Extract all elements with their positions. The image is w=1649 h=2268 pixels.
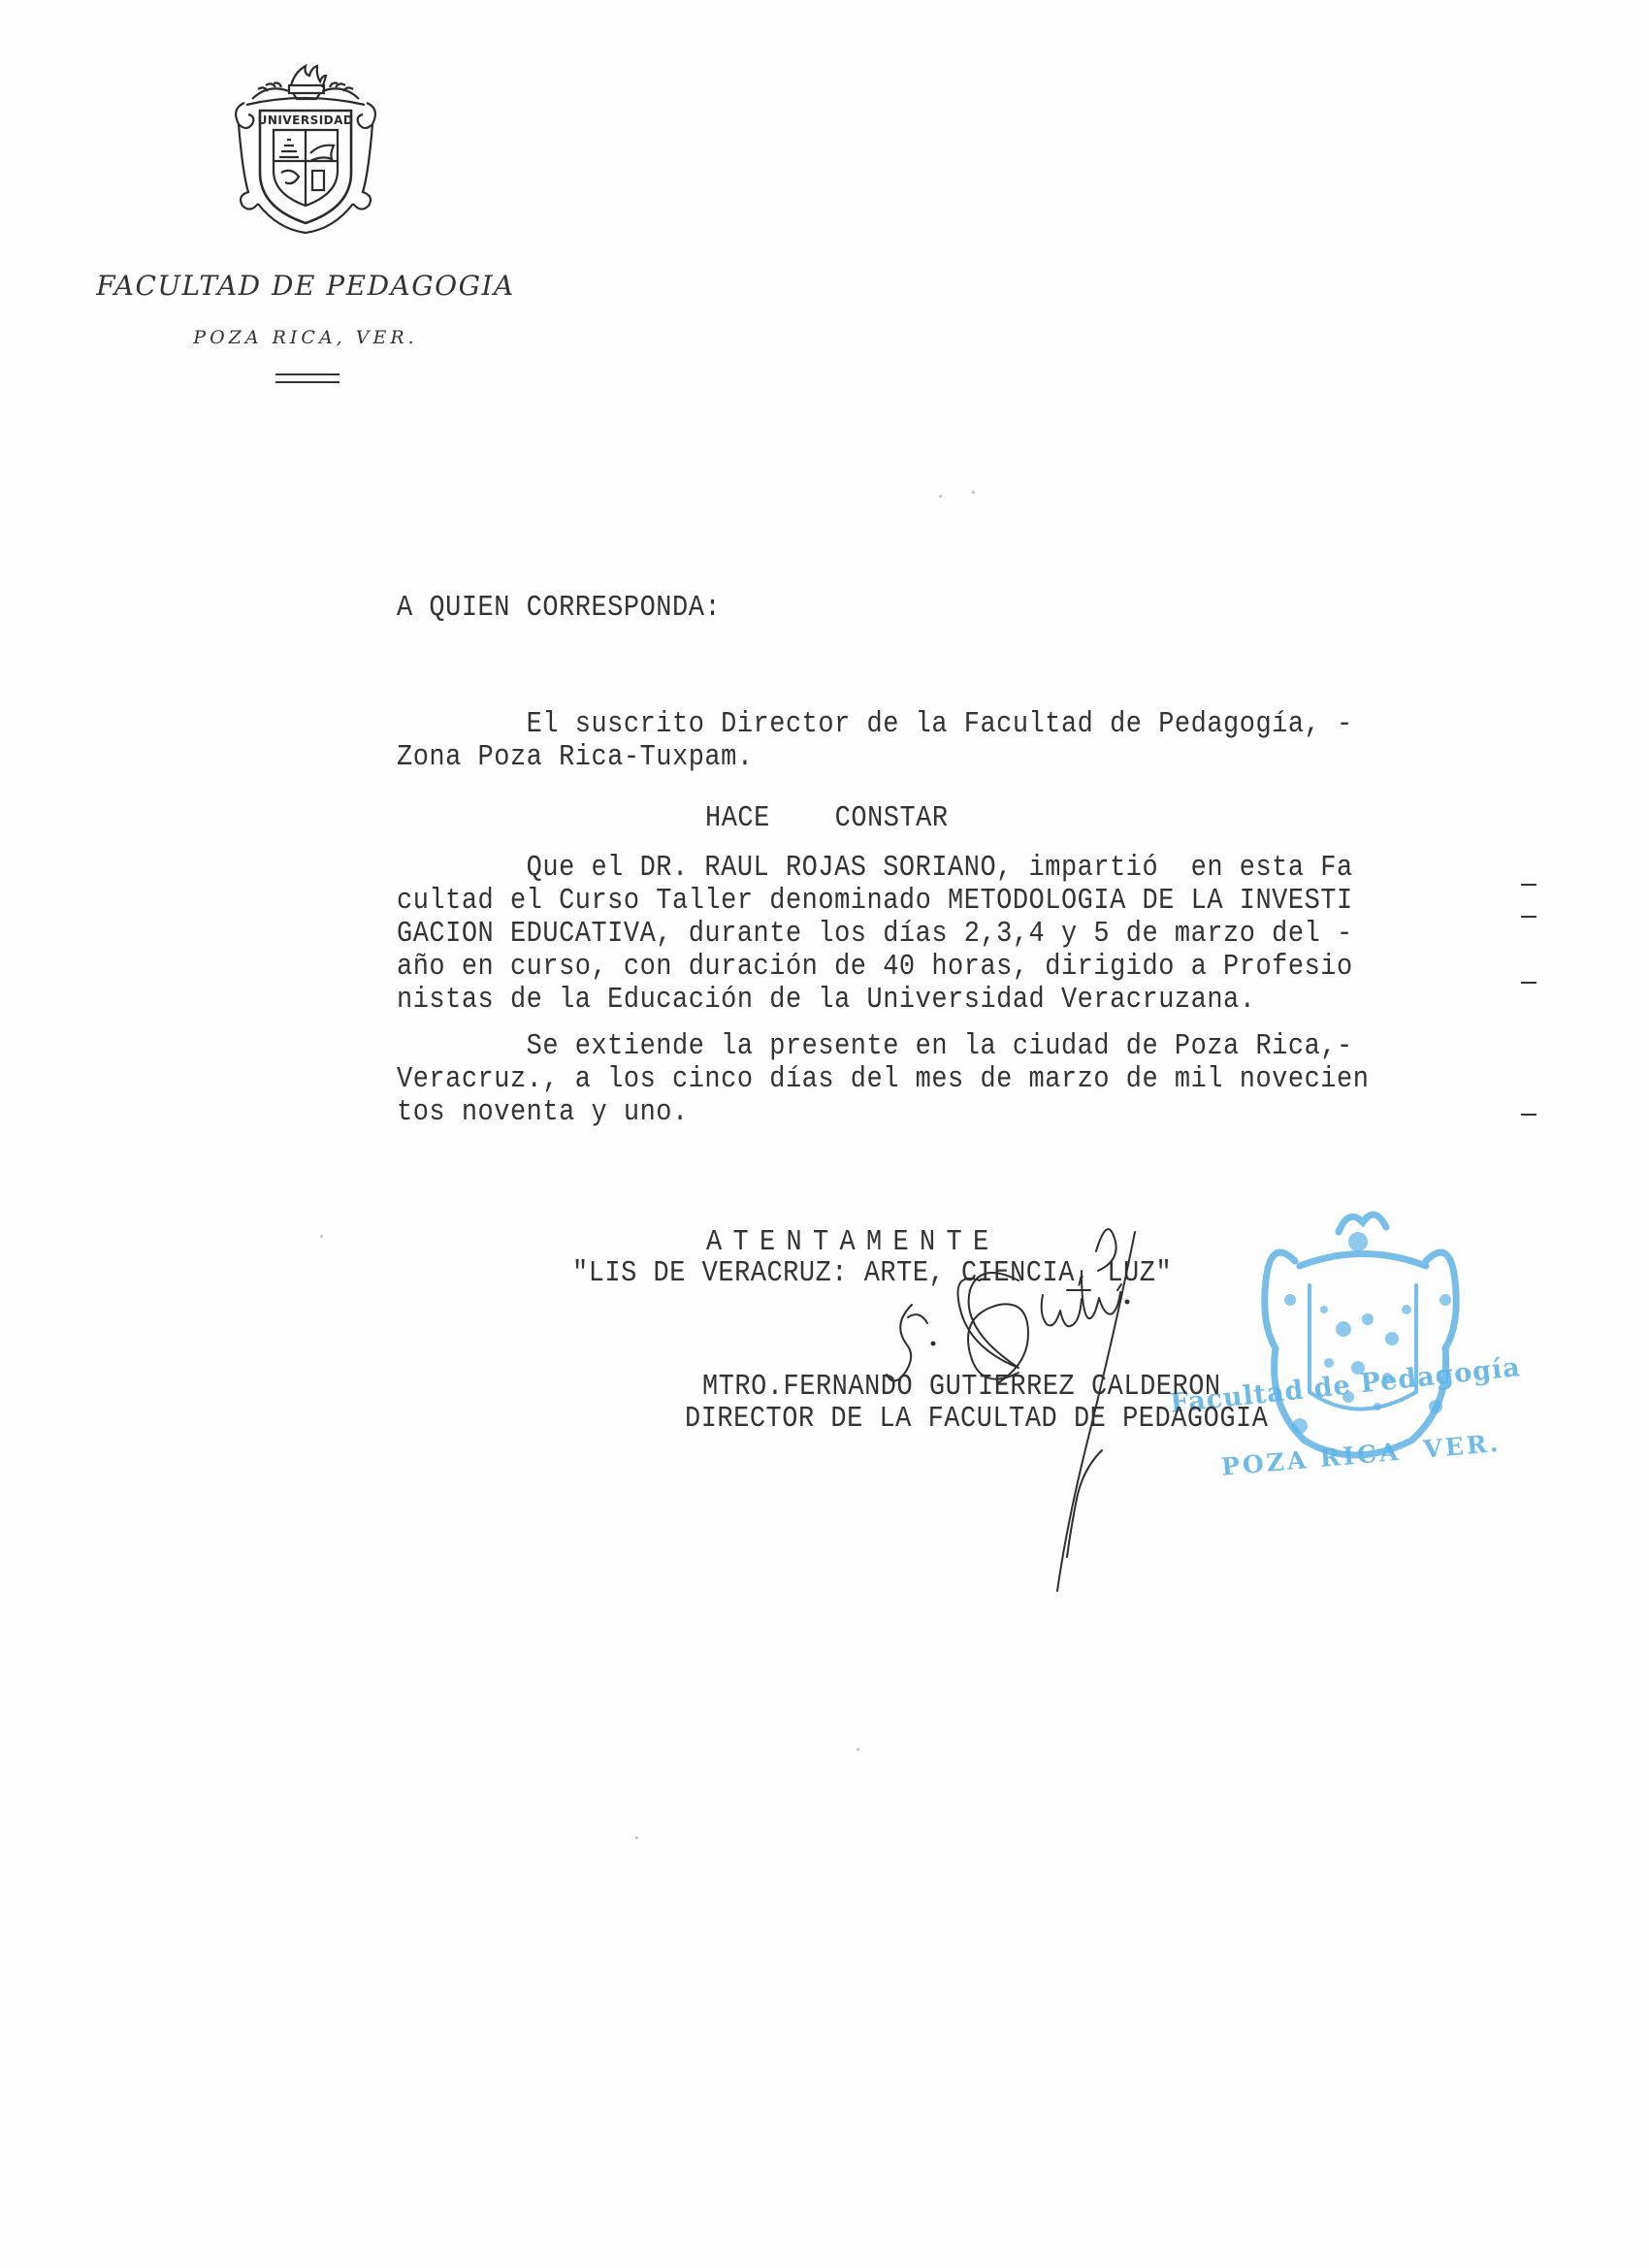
faculty-name: FACULTAD DE PEDAGOGIA <box>58 270 553 302</box>
hyphen-mark <box>1521 884 1536 886</box>
paragraph-line: El suscrito Director de la Facultad de P… <box>397 707 1353 741</box>
valediction: ATENTAMENTE <box>706 1226 999 1259</box>
paragraph-issuance: Se extiende la presente en la ciudad de … <box>397 1030 1369 1129</box>
faculty-city: POZA RICA, VER. <box>58 327 553 348</box>
paragraph-line: Que el DR. RAUL ROJAS SORIANO, impartió … <box>397 851 1353 885</box>
signer-name: MTRO.FERNANDO GUTIERREZ CALDERON <box>702 1371 1221 1404</box>
salutation: A QUIEN CORRESPONDA: <box>397 592 721 625</box>
paragraph-line: GACION EDUCATIVA, durante los días 2,3,4… <box>397 917 1353 951</box>
svg-text:UNIVERSIDAD: UNIVERSIDAD <box>258 113 354 127</box>
paragraph-line: Se extiende la presente en la ciudad de … <box>397 1029 1353 1063</box>
paragraph-line: año en curso, con duración de 40 horas, … <box>397 950 1353 984</box>
stamp-city-text: POZA RICA VER. <box>1220 1429 1502 1481</box>
paragraph-intro: El suscrito Director de la Facultad de P… <box>397 708 1353 774</box>
paragraph-line: Zona Poza Rica-Tuxpam. <box>397 740 754 774</box>
scan-speck <box>939 495 942 498</box>
scan-speck <box>972 491 975 494</box>
paragraph-line: tos noventa y uno. <box>397 1095 689 1129</box>
letterhead-double-rule <box>275 373 339 383</box>
paragraph-line: nistas de la Educación de la Universidad… <box>397 983 1255 1017</box>
hyphen-mark <box>1521 982 1536 984</box>
paragraph-line: Veracruz., a los cinco días del mes de m… <box>397 1062 1369 1096</box>
scanned-letter-page: UNIVERSIDAD FACULTAD DE PEDAGOGIA POZA R… <box>0 0 1649 2268</box>
university-motto: "LIS DE VERACRUZ: ARTE, CIENCIA, LUZ" <box>572 1257 1172 1290</box>
paragraph-line: cultad el Curso Taller denominado METODO… <box>397 884 1353 918</box>
scan-speck <box>320 1235 323 1238</box>
signer-title: DIRECTOR DE LA FACULTAD DE PEDAGOGIA <box>685 1403 1268 1436</box>
scan-speck <box>635 1836 638 1839</box>
paragraph-certification: Que el DR. RAUL ROJAS SORIANO, impartió … <box>397 852 1353 1017</box>
university-crest-icon: UNIVERSIDAD <box>225 60 386 237</box>
scan-speck <box>857 1748 859 1751</box>
hyphen-mark <box>1521 1114 1536 1116</box>
hace-constar-heading: HACE CONSTAR <box>705 802 949 835</box>
hyphen-mark <box>1521 916 1536 918</box>
